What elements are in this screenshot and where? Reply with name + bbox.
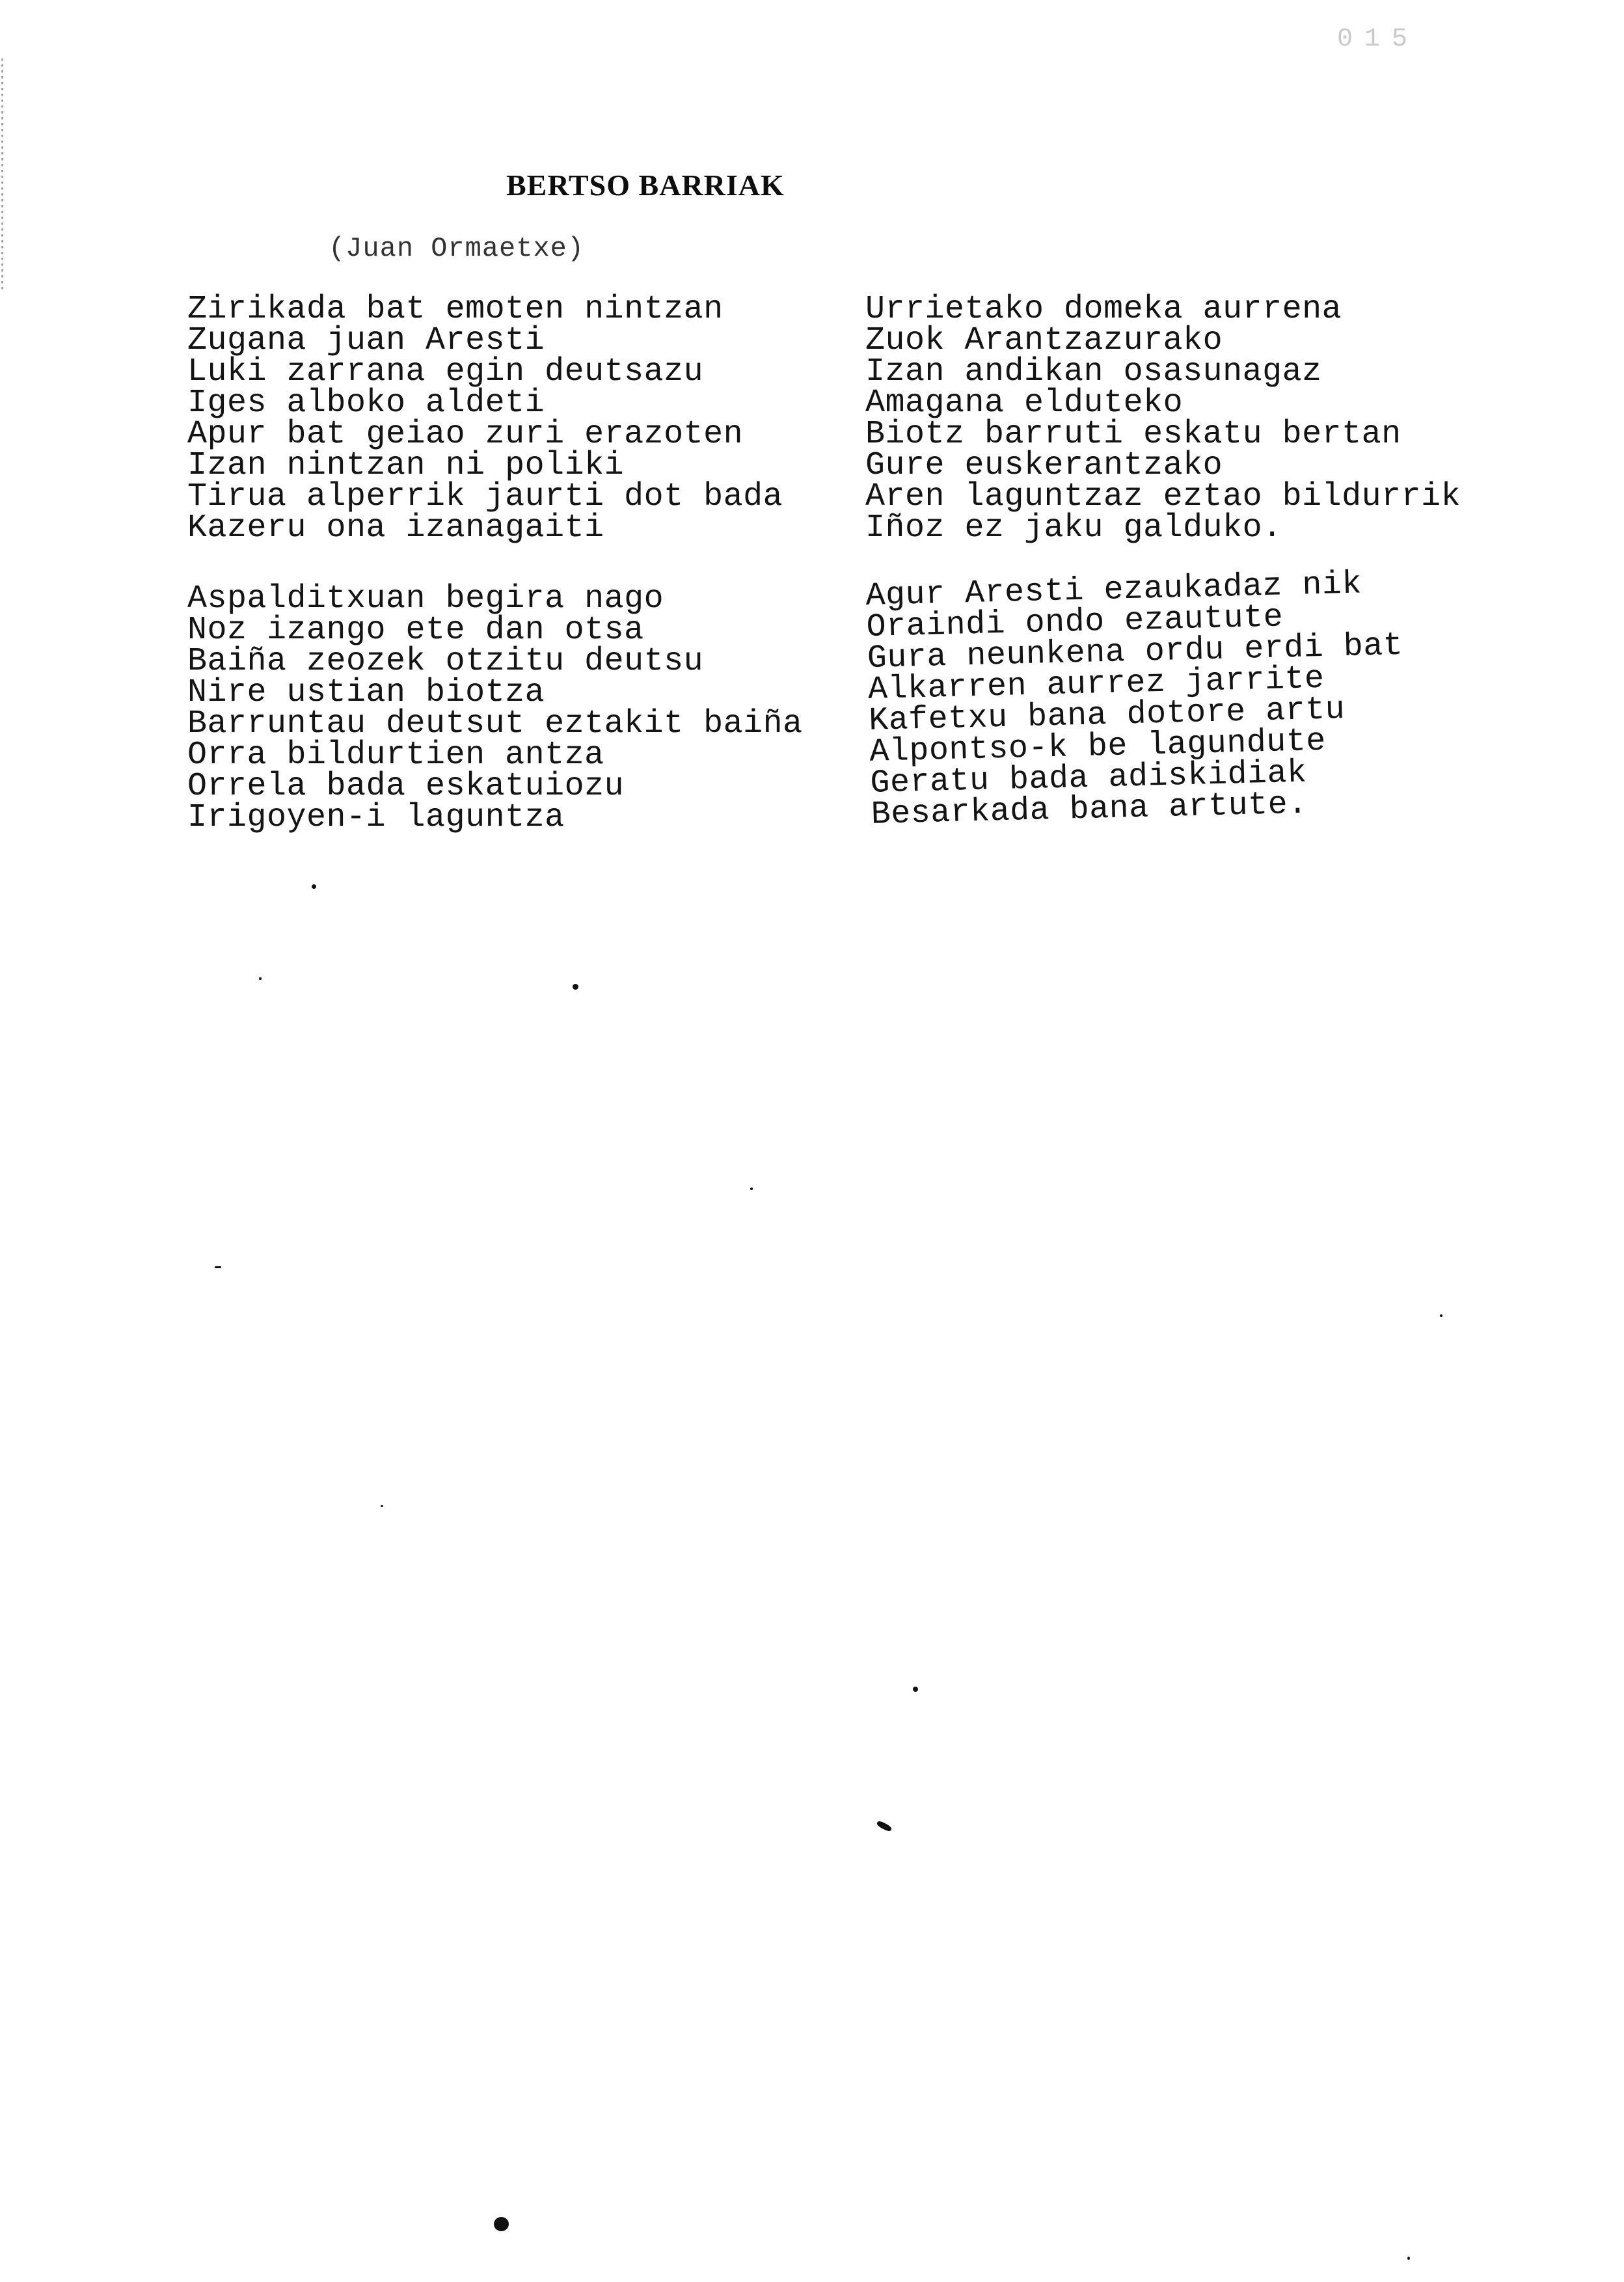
stanza-1: Zirikada bat emoten nintzan Zugana juan … <box>187 294 803 544</box>
scan-speck <box>876 1820 892 1832</box>
verse-line: Orrela bada eskatuiozu <box>187 771 803 802</box>
document-title: BERTSO BARRIAK <box>506 168 785 202</box>
scan-speck <box>494 2217 509 2231</box>
scan-speck <box>312 884 316 889</box>
scan-edge-artifact <box>1 59 3 293</box>
scan-speck <box>750 1188 753 1190</box>
stanza-3: Urrietako domeka aurrena Zuok Arantzazur… <box>865 294 1461 544</box>
scan-speck <box>381 1505 383 1507</box>
verse-line: Biotz barruti eskatu bertan <box>865 419 1461 450</box>
verse-line: Irigoyen-i laguntza <box>187 802 803 834</box>
verse-line: Nire ustian biotza <box>187 677 803 709</box>
verse-line: Iges alboko aldeti <box>187 388 803 419</box>
document-page: 015 BERTSO BARRIAK (Juan Ormaetxe) Zirik… <box>0 0 1624 2282</box>
scan-speck <box>1440 1314 1442 1317</box>
author-line: (Juan Ormaetxe) <box>329 233 584 264</box>
verse-line: Amagana elduteko <box>865 388 1461 419</box>
scan-speck <box>573 984 578 990</box>
verse-line: Zirikada bat emoten nintzan <box>187 294 803 325</box>
scan-speck <box>215 1266 221 1268</box>
verse-line: Orra bildurtien antza <box>187 740 803 771</box>
verse-line: Apur bat geiao zuri erazoten <box>187 419 803 450</box>
stanza-2: Aspalditxuan begira nago Noz izango ete … <box>187 584 803 834</box>
page-number-stamp: 015 <box>1337 25 1419 54</box>
verse-line: Izan andikan osasunagaz <box>865 357 1461 388</box>
verse-line: Baiña zeozek otzitu deutsu <box>187 646 803 677</box>
verse-line: Aspalditxuan begira nago <box>187 584 803 615</box>
verse-line: Kazeru ona izanagaiti <box>187 513 803 544</box>
left-column: Zirikada bat emoten nintzan Zugana juan … <box>187 294 803 834</box>
scan-speck <box>1407 2257 1410 2260</box>
scan-speck <box>913 1687 918 1692</box>
verse-line: Iñoz ez jaku galduko. <box>865 513 1461 544</box>
verse-line: Gure euskerantzako <box>865 450 1461 482</box>
verse-line: Urrietako domeka aurrena <box>865 294 1461 325</box>
scan-speck <box>259 977 262 980</box>
right-column: Urrietako domeka aurrena Zuok Arantzazur… <box>865 294 1461 831</box>
verse-line: Tirua alperrik jaurti dot bada <box>187 482 803 513</box>
stanza-4: Agur Aresti ezaukadaz nik Oraindi ondo e… <box>865 567 1467 831</box>
verse-line: Izan nintzan ni poliki <box>187 450 803 482</box>
verse-line: Barruntau deutsut eztakit baiña <box>187 709 803 740</box>
verse-line: Zugana juan Aresti <box>187 325 803 357</box>
verse-line: Zuok Arantzazurako <box>865 325 1461 357</box>
verse-line: Aren laguntzaz eztao bildurrik <box>865 482 1461 513</box>
verse-line: Luki zarrana egin deutsazu <box>187 357 803 388</box>
verse-line: Noz izango ete dan otsa <box>187 615 803 646</box>
